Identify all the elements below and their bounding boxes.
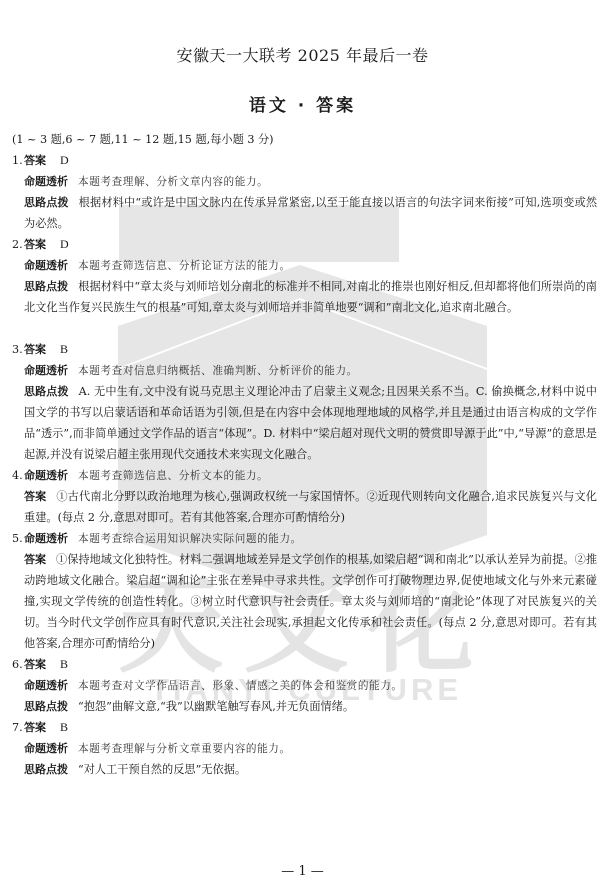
analysis-text: 本题考查筛选信息、分析文本的能力。 (78, 470, 268, 482)
question-1: 1.答案D 命题透析本题考查理解、分析文章内容的能力。 思路点拨根据材料中“或许… (12, 150, 597, 234)
answer-label: 答案 (24, 658, 46, 671)
answer-label: 答案 (24, 490, 46, 503)
question-number: 4. (12, 465, 24, 486)
analysis-text: 本题考查理解、分析文章内容的能力。 (78, 176, 268, 188)
question-number: 1. (12, 150, 24, 171)
question-number: 5. (12, 528, 24, 549)
scoring-note: (1 ~ 3 题,6 ~ 7 题,11 ~ 12 题,15 题,每小题 3 分) (12, 129, 597, 150)
question-4: 4.命题透析本题考查筛选信息、分析文本的能力。 答案①古代南北分野以政治地理为核… (12, 465, 597, 528)
hint-text: 根据材料中“或许是中国文脉内在传承异常紧密,以至于能直接以语言的句法字词来衔接”… (24, 196, 597, 230)
answer-text: ①古代南北分野以政治地理为核心,强调政权统一与家国情怀。②近现代则转向文化融合,… (24, 490, 597, 524)
analysis-text: 本题考查理解与分析文章重要内容的能力。 (78, 743, 291, 755)
answer-value: B (60, 342, 68, 356)
question-number: 6. (12, 654, 24, 675)
answer-value: B (60, 720, 68, 734)
hint-text: “对人工干预自然的反思”无依据。 (78, 763, 246, 776)
analysis-label: 命题透析 (24, 532, 68, 545)
analysis-label: 命题透析 (24, 364, 68, 377)
question-2: 2.答案D 命题透析本题考查筛选信息、分析论证方法的能力。 思路点拨根据材料中“… (12, 234, 597, 339)
hint-label: 思路点拨 (24, 280, 68, 293)
answer-label: 答案 (24, 238, 46, 251)
answer-text: ①保持地域文化独特性。材料二强调地域差异是文学创作的根基,如梁启超“调和南北”以… (24, 553, 597, 650)
question-5: 5.命题透析本题考查综合运用知识解决实际问题的能力。 答案①保持地域文化独特性。… (12, 528, 597, 654)
hint-label: 思路点拨 (24, 385, 69, 398)
analysis-text: 本题考查综合运用知识解决实际问题的能力。 (78, 533, 302, 545)
answer-value: B (60, 657, 68, 671)
analysis-label: 命题透析 (24, 742, 68, 755)
question-number: 2. (12, 234, 24, 255)
analysis-text: 本题考查对信息归纳概括、准确判断、分析评价的能力。 (78, 365, 358, 377)
hint-label: 思路点拨 (24, 700, 68, 713)
analysis-label: 命题透析 (24, 259, 68, 272)
question-7: 7.答案B 命题透析本题考查理解与分析文章重要内容的能力。 思路点拨“对人工干预… (12, 717, 597, 780)
hint-text: A. 无中生有,文中没有说马克思主义理论冲击了启蒙主义观念;且因果关系不当。C.… (24, 385, 597, 461)
page-number: — 1 — (0, 864, 605, 879)
answer-value: D (60, 153, 69, 167)
exam-title: 安徽天一大联考 2025 年最后一卷 (0, 43, 605, 66)
answer-label: 答案 (24, 553, 46, 566)
question-number: 7. (12, 717, 24, 738)
hint-text: 根据材料中“章太炎与刘师培划分南北的标准并不相同,对南北的推崇也刚好相反,但却都… (24, 280, 597, 314)
answer-label: 答案 (24, 343, 46, 356)
question-3: 3.答案B 命题透析本题考查对信息归纳概括、准确判断、分析评价的能力。 思路点拨… (12, 339, 597, 465)
hint-label: 思路点拨 (24, 196, 69, 209)
answer-label: 答案 (24, 721, 46, 734)
answer-body: (1 ~ 3 题,6 ~ 7 题,11 ~ 12 题,15 题,每小题 3 分)… (12, 129, 597, 780)
hint-label: 思路点拨 (24, 763, 68, 776)
answer-label: 答案 (24, 154, 46, 167)
subject-title: 语文 · 答案 (0, 91, 605, 116)
analysis-text: 本题考查筛选信息、分析论证方法的能力。 (78, 260, 291, 272)
analysis-label: 命题透析 (24, 679, 68, 692)
analysis-text: 本题考查对文学作品语言、形象、情感之美的体会和鉴赏的能力。 (78, 680, 403, 692)
analysis-label: 命题透析 (24, 469, 68, 482)
question-number: 3. (12, 339, 24, 360)
hint-text: “抱怨”曲解文意,“我”以幽默笔触写春风,并无负面情绪。 (78, 700, 354, 713)
answer-value: D (60, 237, 69, 251)
question-6: 6.答案B 命题透析本题考查对文学作品语言、形象、情感之美的体会和鉴赏的能力。 … (12, 654, 597, 717)
analysis-label: 命题透析 (24, 175, 68, 188)
